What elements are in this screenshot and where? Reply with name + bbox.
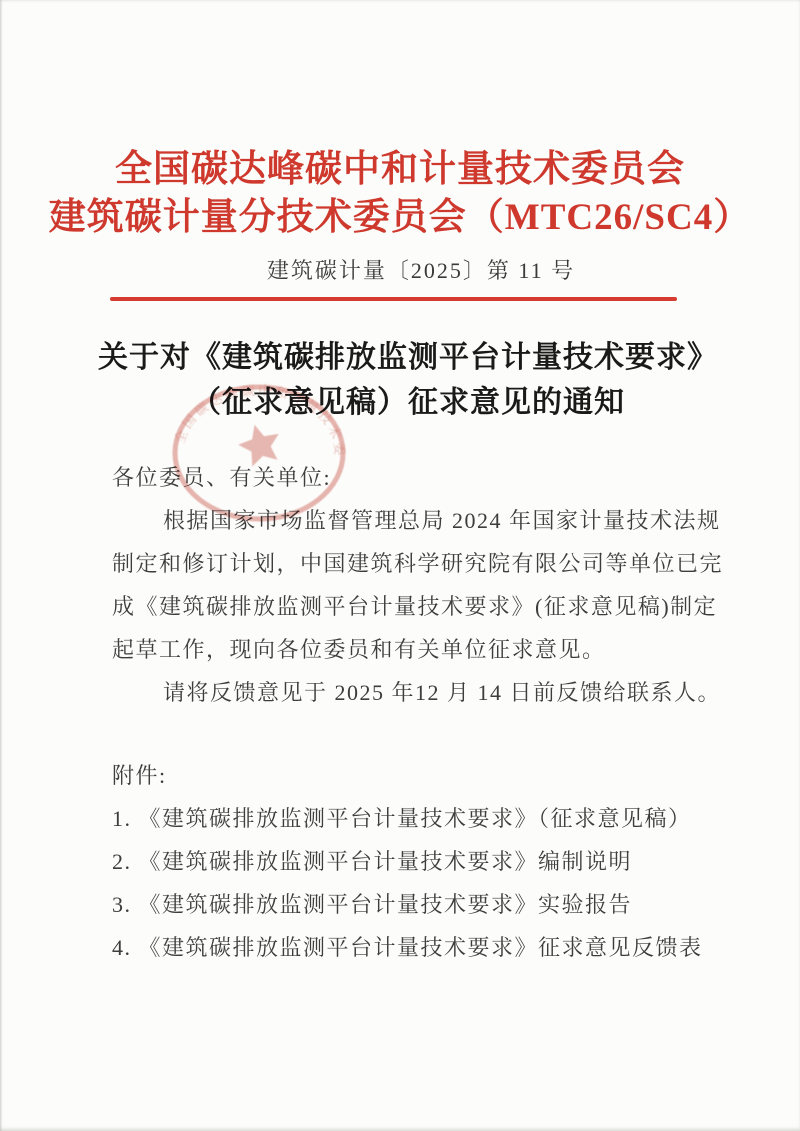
attachments-label: 附件: <box>112 754 692 797</box>
attachment-item: 2. 《建筑碳排放监测平台计量技术要求》编制说明 <box>112 840 692 883</box>
attachment-item: 1. 《建筑碳排放监测平台计量技术要求》（征求意见稿） <box>112 797 692 840</box>
salutation: 各位委员、有关单位: <box>112 456 692 499</box>
issuing-org-header: 全国碳达峰碳中和计量技术委员会 建筑碳计量分技术委员会（MTC26/SC4） <box>0 146 800 242</box>
paragraph-line: 成《建筑碳排放监测平台计量技术要求》(征求意见稿)制定 <box>112 585 692 628</box>
title-line1: 关于对《建筑碳排放监测平台计量技术要求》 <box>8 335 800 380</box>
document-number: 建筑碳计量〔2025〕第 11 号 <box>0 256 800 286</box>
paragraph-line: 根据国家市场监督管理总局 2024 年国家计量技术法规 <box>112 499 692 542</box>
document-page: 全国碳达峰碳中和计量技术委员会 建筑碳计量分技术委员会（MTC26/SC4） 建… <box>0 0 800 1131</box>
attachment-item: 4. 《建筑碳排放监测平台计量技术要求》征求意见反馈表 <box>112 926 692 969</box>
red-divider-rule <box>110 297 677 301</box>
title-line2: （征求意见稿）征求意见的通知 <box>8 380 800 425</box>
document-title: 关于对《建筑碳排放监测平台计量技术要求》 （征求意见稿）征求意见的通知 <box>8 335 800 425</box>
paragraph-1: 根据国家市场监督管理总局 2024 年国家计量技术法规 制定和修订计划，中国建筑… <box>112 499 692 671</box>
org-name-line2: 建筑碳计量分技术委员会（MTC26/SC4） <box>0 194 800 242</box>
paragraph-line: 制定和修订计划，中国建筑科学研究院有限公司等单位已完 <box>112 542 692 585</box>
document-body: 各位委员、有关单位: 根据国家市场监督管理总局 2024 年国家计量技术法规 制… <box>112 456 692 969</box>
org-name-line1: 全国碳达峰碳中和计量技术委员会 <box>0 146 800 194</box>
attachments-section: 附件: 1. 《建筑碳排放监测平台计量技术要求》（征求意见稿） 2. 《建筑碳排… <box>112 754 692 969</box>
paragraph-2: 请将反馈意见于 2025 年12 月 14 日前反馈给联系人。 <box>112 671 692 714</box>
attachment-item: 3. 《建筑碳排放监测平台计量技术要求》实验报告 <box>112 883 692 926</box>
paragraph-line: 起草工作，现向各位委员和有关单位征求意见。 <box>112 628 692 671</box>
